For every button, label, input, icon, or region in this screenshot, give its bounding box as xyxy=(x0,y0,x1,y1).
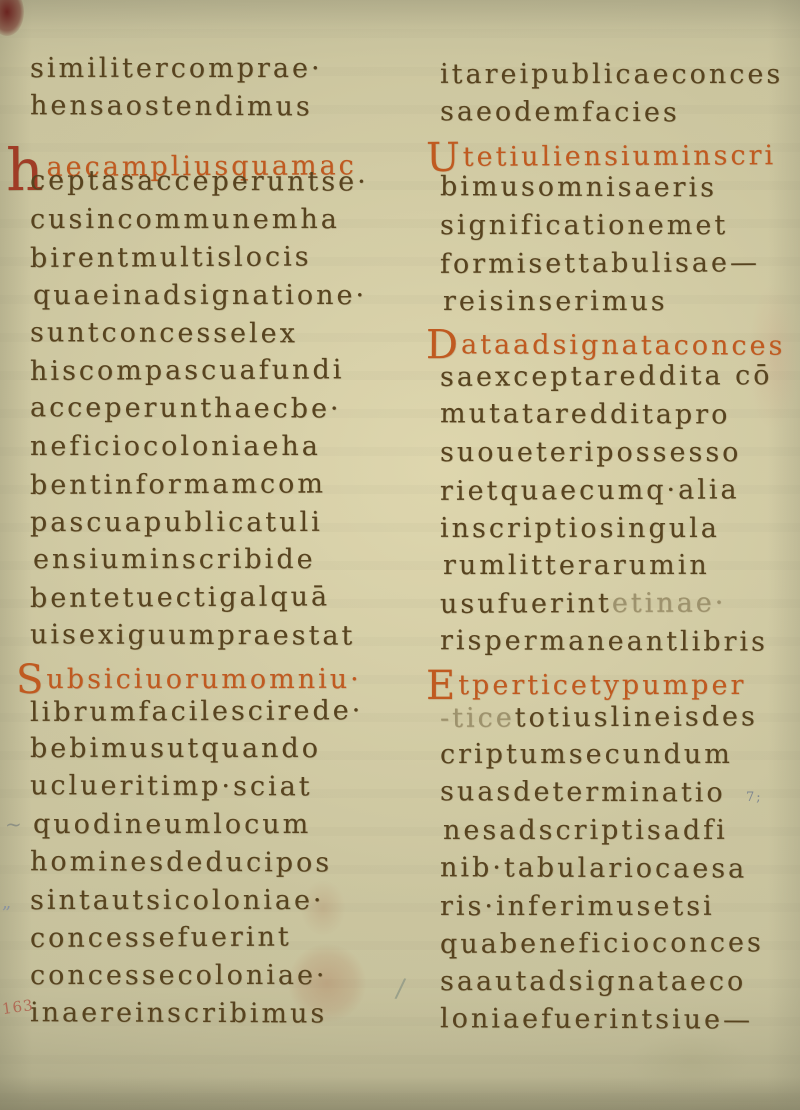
manuscript-line: nib·tabulariocaesa xyxy=(440,849,796,888)
line-text: tetiuliensiuminscri xyxy=(463,140,777,173)
manuscript-line: hensaostendimus xyxy=(30,87,402,126)
line-text: usufuerint xyxy=(440,588,612,620)
line-text: similitercomprae· xyxy=(30,53,323,84)
line-text: quodineumlocum xyxy=(33,809,311,840)
line-text: ceptasacceperuntse· xyxy=(30,166,369,198)
line-text: rispermaneantlibris xyxy=(440,625,768,657)
text-column-right: itareipublicaeconcessaeodemfaciesUtetiul… xyxy=(440,56,796,1039)
manuscript-line: ceptasacceperuntse· xyxy=(30,163,402,202)
manuscript-line: uclueritimp·sciat xyxy=(30,767,402,806)
line-text: birentmultislocis xyxy=(30,241,312,273)
manuscript-line: suntconcesselex xyxy=(30,314,402,353)
line-text: librumfacilescirede· xyxy=(30,695,363,728)
manuscript-line: cusincommunemha xyxy=(30,201,402,239)
line-text: quaeinadsignatione· xyxy=(33,280,367,311)
line-text: pascuapublicatuli xyxy=(30,507,323,538)
line-text: concessecoloniae· xyxy=(30,960,328,991)
manuscript-line: uisexiguumpraestat xyxy=(30,616,402,655)
line-text: suntconcesselex xyxy=(30,317,298,349)
manuscript-line: quodineumlocum xyxy=(33,806,405,844)
line-text: uclueritimp·sciat xyxy=(30,770,313,802)
manuscript-line: reisinserimus xyxy=(443,283,799,321)
manuscript-line: suoueteripossesso xyxy=(440,434,796,472)
parchment-stain xyxy=(630,1032,750,1092)
line-text: saeodemfacies xyxy=(440,96,680,128)
line-text: uisexiguumpraestat xyxy=(30,619,355,651)
manuscript-line: suasdeterminatio xyxy=(440,773,796,812)
line-text: cusincommunemha xyxy=(30,204,340,235)
margin-double-mark: „ xyxy=(2,892,9,913)
manuscript-line: sintautsicoloniae· xyxy=(30,882,402,920)
manuscript-line: bimusomnisaeris xyxy=(440,169,796,208)
line-text: mutataredditapro xyxy=(440,398,731,430)
manuscript-line: hominesdeducipos xyxy=(30,843,402,882)
manuscript-line: rumlitterarumin xyxy=(443,547,799,585)
line-text: nib·tabulariocaesa xyxy=(440,852,747,884)
manuscript-line: rietquaecumq·alia xyxy=(440,471,796,511)
line-text: etinae· xyxy=(612,588,727,620)
corner-stain xyxy=(0,0,24,36)
manuscript-line: Dataadsignataconces xyxy=(440,320,796,359)
line-text: sintautsicoloniae· xyxy=(30,885,325,916)
manuscript-line: bebimusutquando xyxy=(30,730,402,768)
line-text: bentinformamcom xyxy=(30,468,326,501)
manuscript-line: quabeneficioconces xyxy=(440,924,796,964)
manuscript-line: criptumsecundum xyxy=(440,736,796,774)
manuscript-line: quaeinadsignatione· xyxy=(33,277,405,315)
line-text: suasdeterminatio xyxy=(440,776,726,808)
line-text: significationemet xyxy=(440,210,728,241)
manuscript-line: mutataredditapro xyxy=(440,395,796,434)
line-text: totiuslineisdes xyxy=(515,701,758,733)
manuscript-line: ensiuminscribide xyxy=(33,541,405,579)
manuscript-line: saeodemfacies xyxy=(440,93,796,132)
line-text: ‐tice xyxy=(440,702,515,733)
manuscript-line: haecampliusquamac xyxy=(30,125,402,165)
manuscript-line: rispermaneantlibris xyxy=(440,622,796,661)
manuscript-line: Subsiciuorumomniu· xyxy=(30,655,402,693)
line-text: hominesdeducipos xyxy=(30,846,332,878)
line-text: acceperunthaecbe· xyxy=(30,392,342,424)
line-text: bimusomnisaeris xyxy=(440,172,717,204)
line-text: reisinserimus xyxy=(443,286,668,317)
line-text: neficiocoloniaeha xyxy=(30,431,321,462)
manuscript-line: bentetuectigalquā xyxy=(30,578,402,618)
manuscript-line: pascuapublicatuli xyxy=(30,504,402,542)
text-column-left: similitercomprae·hensaostendimushaecampl… xyxy=(30,50,402,1033)
manuscript-line: ‐ticetotiuslineisdes xyxy=(440,698,796,738)
manuscript-line: acceperunthaecbe· xyxy=(30,389,402,428)
manuscript-line: Etperticetypumper xyxy=(440,661,796,699)
manuscript-line: concessefuerint xyxy=(30,918,402,958)
manuscript-line: significationemet xyxy=(440,207,796,245)
manuscript-line: usufuerintetinae· xyxy=(440,584,796,624)
line-text: ubsiciuorumomniu· xyxy=(46,664,361,695)
manuscript-line: bentinformamcom xyxy=(30,465,402,505)
line-text: rietquaecumq·alia xyxy=(440,474,740,507)
manuscript-page: similitercomprae·hensaostendimushaecampl… xyxy=(0,0,800,1110)
manuscript-line: neficiocoloniaeha xyxy=(30,428,402,466)
line-text: saexceptareddita cō xyxy=(440,361,773,394)
line-text: bentetuectigalquā xyxy=(30,582,330,615)
line-text: tperticetypumper xyxy=(458,670,746,701)
manuscript-line: nesadscriptisadfi xyxy=(443,812,799,850)
line-text: ensiuminscribide xyxy=(33,544,316,575)
line-text: bebimusutquando xyxy=(30,733,321,764)
manuscript-line: itareipublicaeconces xyxy=(440,56,796,94)
line-text: suoueteripossesso xyxy=(440,437,741,468)
line-text: itareipublicaeconces xyxy=(440,59,783,90)
line-text: formisettabulisae— xyxy=(440,247,760,280)
manuscript-line: similitercomprae· xyxy=(30,50,402,88)
line-text: saautadsignataeco xyxy=(440,966,746,997)
manuscript-line: librumfacilescirede· xyxy=(30,692,402,732)
line-text: inscriptiosingula xyxy=(440,513,720,544)
manuscript-line: inscriptiosingula xyxy=(440,510,796,548)
manuscript-line: saexceptareddita cō xyxy=(440,357,796,397)
line-text: nesadscriptisadfi xyxy=(443,815,728,846)
line-text: quabeneficioconces xyxy=(440,928,764,961)
line-text: ris·inferimusetsi xyxy=(440,891,715,922)
manuscript-line: birentmultislocis xyxy=(30,238,402,278)
line-text: hensaostendimus xyxy=(30,90,313,122)
line-text: loniaefuerintsiue— xyxy=(440,1003,753,1035)
manuscript-line: inaereinscribimus xyxy=(30,994,402,1033)
manuscript-line: Utetiuliensiuminscri xyxy=(440,131,796,171)
line-text: concessefuerint xyxy=(30,922,292,954)
line-text: rumlitterarumin xyxy=(443,550,710,581)
line-text: hiscompascuafundi xyxy=(30,355,345,388)
manuscript-line: ris·inferimusetsi xyxy=(440,888,796,926)
line-text: criptumsecundum xyxy=(440,739,733,770)
manuscript-line: saautadsignataeco xyxy=(440,963,796,1001)
manuscript-line: concessecoloniae· xyxy=(30,957,402,995)
manuscript-line: hiscompascuafundi xyxy=(30,351,402,391)
margin-tilde-mark: ~ xyxy=(5,812,22,836)
manuscript-line: loniaefuerintsiue— xyxy=(440,1000,796,1039)
line-text: inaereinscribimus xyxy=(30,997,327,1029)
manuscript-line: formisettabulisae— xyxy=(440,244,796,284)
